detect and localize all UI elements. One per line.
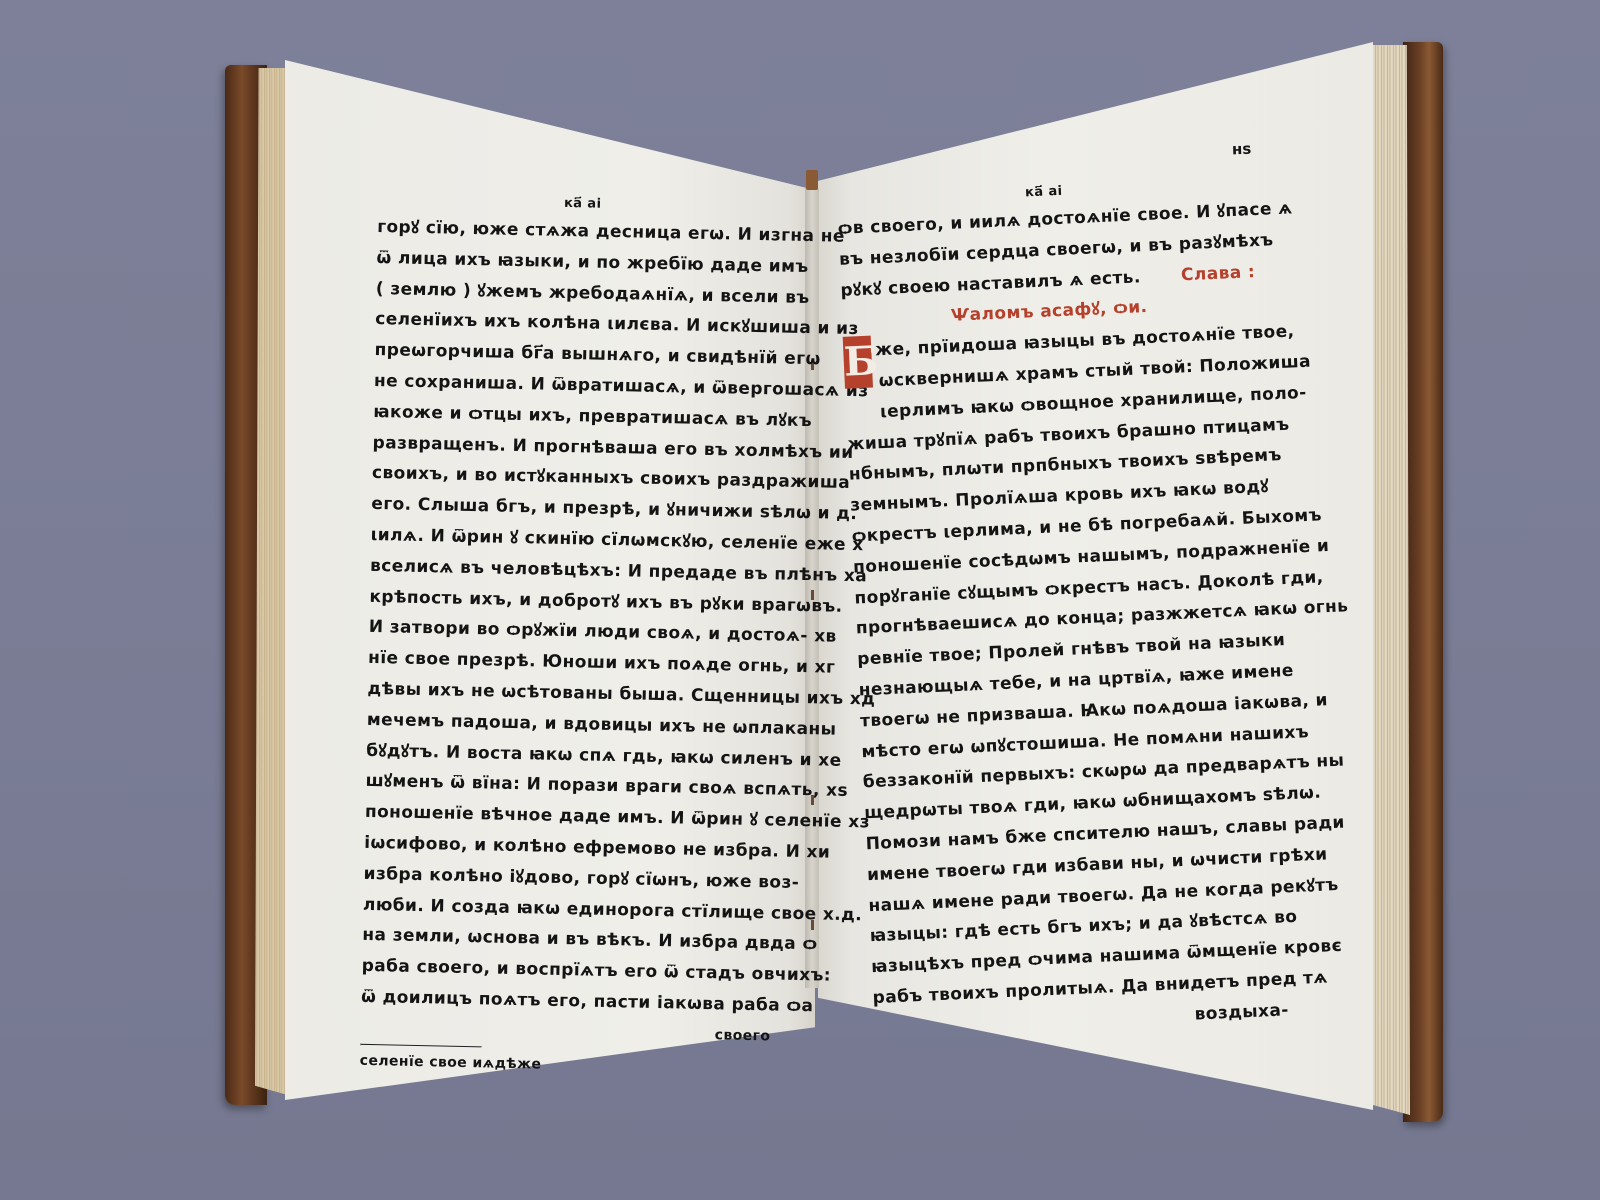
page-number: нѕ xyxy=(1232,140,1252,159)
binding-thread-top xyxy=(806,170,818,190)
right-page-edges xyxy=(1370,45,1410,1115)
rubric-slava: Слава : xyxy=(1180,257,1255,291)
book-photo: ка҃ аі горꙋ сїю, юже стѧжа десница егѡ. … xyxy=(0,0,1600,1200)
right-page-text: ка҃ аі ѻв своего, и иилѧ достоѧнїе свое.… xyxy=(836,171,1289,1044)
drop-cap-letter: Б xyxy=(843,336,873,389)
left-page-text: ка҃ аі горꙋ сїю, юже стѧжа десница егѡ. … xyxy=(359,188,788,1085)
